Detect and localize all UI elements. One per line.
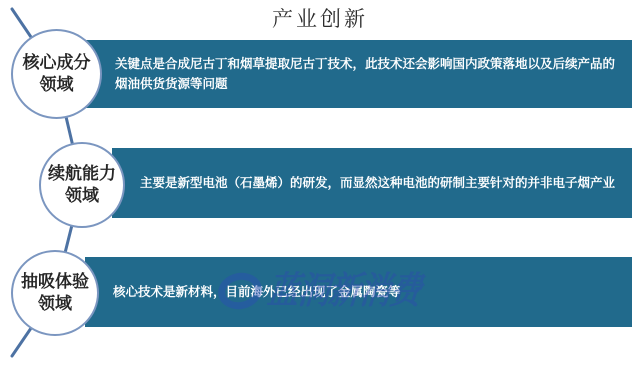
category-circle: 核心成分 领域 xyxy=(11,29,102,119)
circle-label: 领域 xyxy=(40,74,74,96)
circle-label: 续航能力 xyxy=(48,163,116,185)
category-circle: 续航能力 领域 xyxy=(39,142,125,228)
category-circle: 抽吸体验 领域 xyxy=(11,250,99,336)
circle-label: 领域 xyxy=(65,185,99,207)
circle-label: 抽吸体验 xyxy=(21,271,89,293)
page-title: 产业创新 xyxy=(0,3,640,33)
circle-label: 核心成分 xyxy=(23,52,91,74)
diagram-canvas: 产业创新 关键点是合成尼古丁和烟草提取尼古丁技术，此技术还会影响国内政策落地以及… xyxy=(0,0,640,365)
circle-label: 领域 xyxy=(38,293,72,315)
